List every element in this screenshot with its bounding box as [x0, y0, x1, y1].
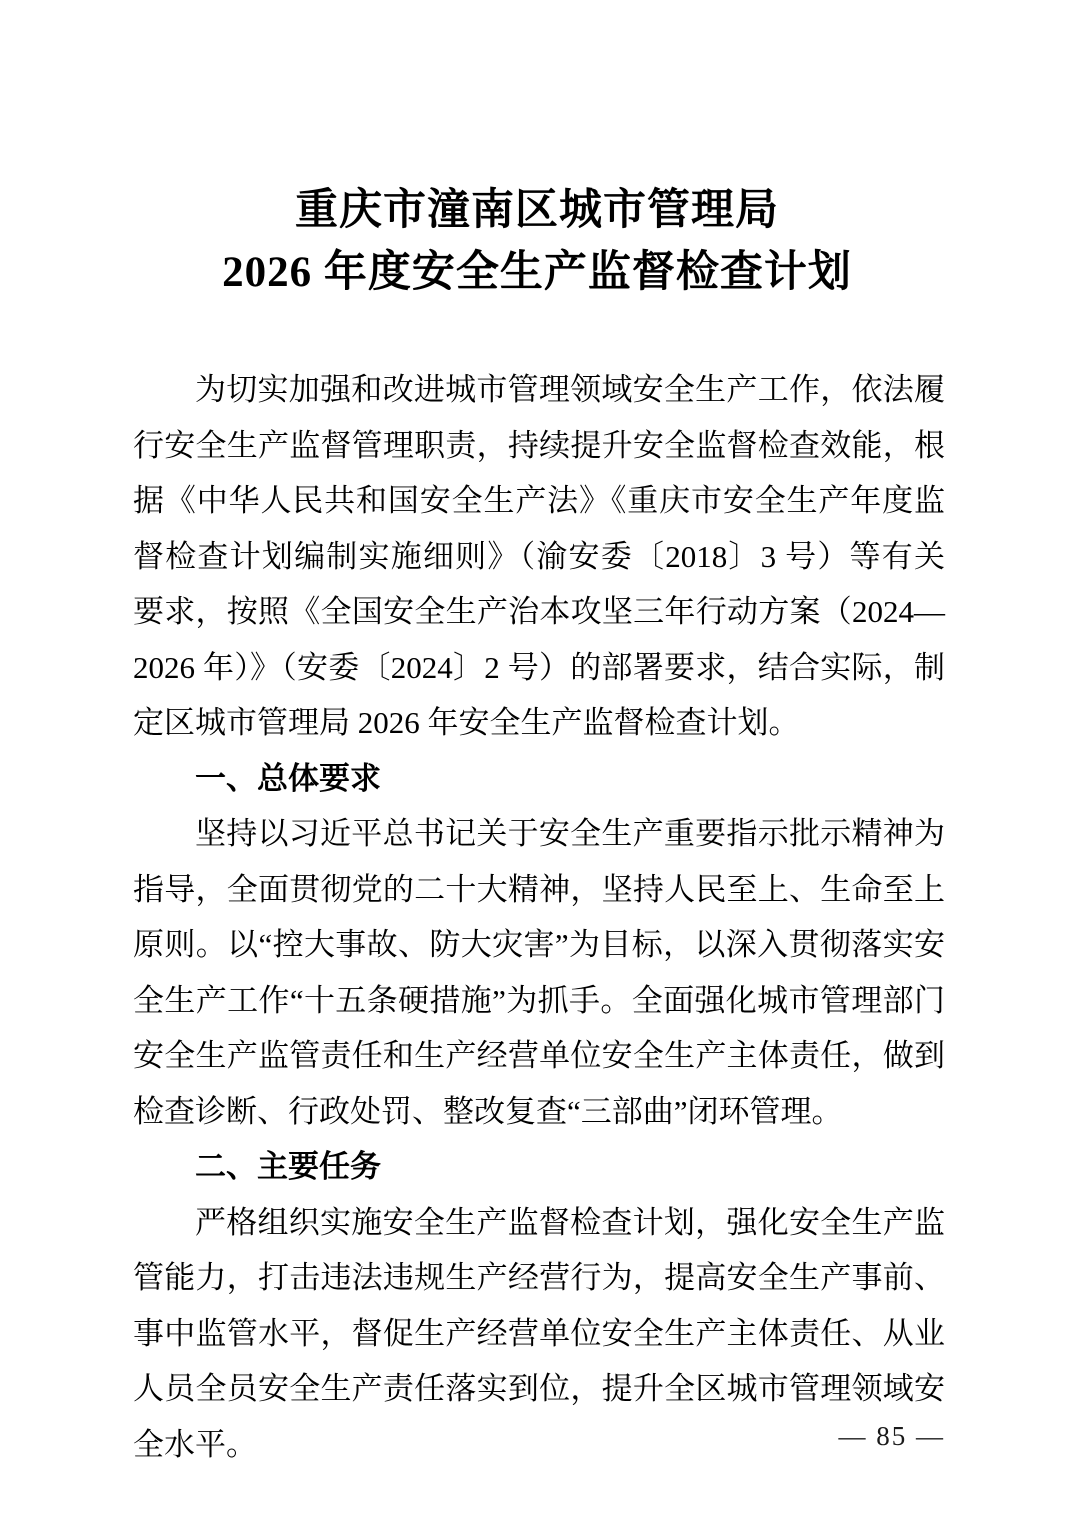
section-heading-overall-requirements: 一、总体要求: [133, 751, 945, 807]
document-title: 重庆市潼南区城市管理局 2026 年度安全生产监督检查计划: [60, 180, 1014, 304]
page-number: — 85 —: [839, 1423, 946, 1450]
paragraph-introduction: 为切实加强和改进城市管理领域安全生产工作，依法履行安全生产监督管理职责，持续提升…: [133, 362, 945, 751]
document-page: 重庆市潼南区城市管理局 2026 年度安全生产监督检查计划 为切实加强和改进城市…: [0, 0, 1074, 1520]
paragraph-overall-requirements: 坚持以习近平总书记关于安全生产重要指示批示精神为指导，全面贯彻党的二十大精神，坚…: [133, 806, 945, 1139]
document-title-line2: 2026 年度安全生产监督检查计划: [60, 242, 1014, 304]
document-title-line1: 重庆市潼南区城市管理局: [60, 180, 1014, 242]
paragraph-main-tasks: 严格组织实施安全生产监督检查计划，强化安全生产监管能力，打击违法违规生产经营行为…: [133, 1195, 945, 1473]
document-body: 为切实加强和改进城市管理领域安全生产工作，依法履行安全生产监督管理职责，持续提升…: [133, 362, 945, 1472]
section-heading-main-tasks: 二、主要任务: [133, 1139, 945, 1195]
